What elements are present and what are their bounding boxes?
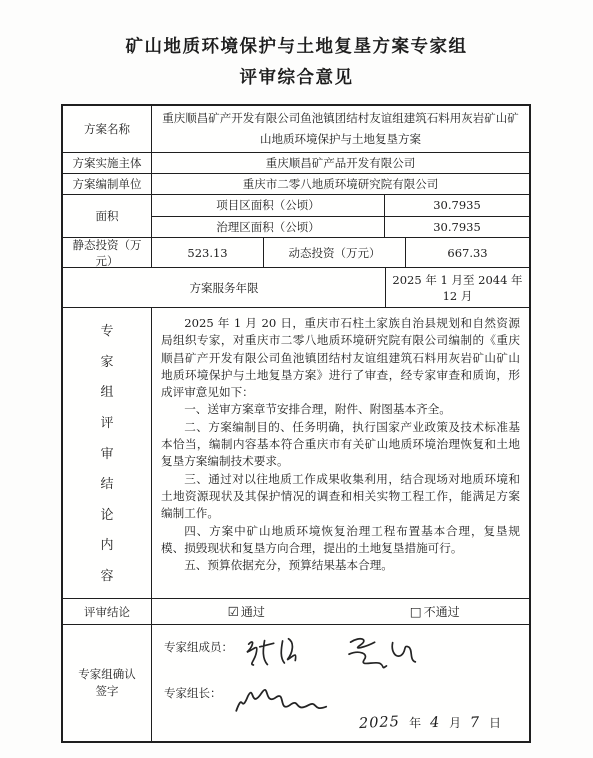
table-row-signoff: 专家组确认 签字 专家组成员： 专家组长： [63,624,529,741]
area-label: 面积 [63,195,151,237]
table-row-plan-name: 方案名称 重庆顺昌矿产开发有限公司鱼池镇团结村友谊组建筑石料用灰岩矿山矿山地质环… [63,106,529,152]
dynamic-investment-label: 动态投资（万元） [263,238,405,267]
side-char: 论 [100,504,113,523]
table-row-service-period: 方案服务年限 2025 年 1 月至 2044 年 12 月 [63,267,529,307]
scanned-review-document: 矿山地质环境保护与土地复垦方案专家组 评审综合意见 方案名称 重庆顺昌矿产开发有… [0,0,593,758]
date-year-unit: 年 [409,716,421,730]
date-year-handwritten: 2025 [359,714,401,732]
document-title-line2: 评审综合意见 [0,63,593,94]
compiler-label: 方案编制单位 [63,174,151,194]
side-char: 组 [100,381,113,400]
expert-member-signature-1 [238,632,325,675]
review-paragraph: 五、预算依据充分，预算结果基本合理。 [161,557,520,574]
table-row-implementer: 方案实施主体 重庆顺昌矿产品开发有限公司 [63,152,529,173]
side-char: 容 [100,565,113,584]
treatment-area-value: 30.7935 [384,217,529,238]
signoff-area: 专家组成员： 专家组长： 2025 年 [151,625,529,741]
signoff-label-line2: 签字 [96,683,119,700]
members-label: 专家组成员： [164,633,233,655]
static-investment-label: 静态投资（万元） [63,238,151,267]
table-row-area: 面积 项目区面积（公顷） 30.7935 治理区面积（公顷） 30.7935 [63,194,529,237]
fail-option-label: 不通过 [424,603,460,620]
date-day-unit: 日 [489,716,501,730]
document-title: 矿山地质环境保护与土地复垦方案专家组 评审综合意见 [0,32,593,94]
project-area-value: 30.7935 [384,195,529,216]
table-row-compiler: 方案编制单位 重庆市二零八地质环境研究院有限公司 [63,173,529,194]
side-char: 审 [100,443,113,462]
dynamic-investment-value: 667.33 [405,238,529,267]
subrow-project-area: 项目区面积（公顷） 30.7935 [152,195,529,216]
conclusion-pass-option: ☑ 通过 [152,599,341,624]
fail-checkbox-empty-icon: □ [410,604,422,619]
pass-option-label: 通过 [241,603,265,620]
service-period-value: 2025 年 1 月至 2044 年 12 月 [385,268,529,307]
table-row-review-content: 专 家 组 评 审 结 论 内 容 2025 年 1 月 20 日，重庆市石柱土… [63,307,529,598]
table-row-conclusion: 评审结论 ☑ 通过 □ 不通过 [63,598,529,624]
area-subtable: 项目区面积（公顷） 30.7935 治理区面积（公顷） 30.7935 [151,195,529,237]
implementer-value: 重庆顺昌矿产品开发有限公司 [151,153,529,173]
side-char: 评 [100,412,113,431]
implementer-label: 方案实施主体 [63,153,151,173]
subrow-treatment-area: 治理区面积（公顷） 30.7935 [152,216,529,238]
project-area-label: 项目区面积（公顷） [152,195,384,216]
date-month-handwritten: 4 [430,715,441,732]
signoff-label: 专家组确认 签字 [63,625,151,741]
review-paragraph: 二、方案编制目的、任务明确，执行国家产业政策及技术标准基本恰当，编制内容基本符合… [161,419,520,471]
compiler-value: 重庆市二零八地质环境研究院有限公司 [151,174,529,194]
pass-checkbox-checked-icon: ☑ [228,604,239,619]
leader-label: 专家组长： [164,679,222,701]
review-paragraph: 2025 年 1 月 20 日，重庆市石柱土家族自治县规划和自然资源局组织专家，… [161,315,520,401]
signoff-date: 2025 年 4 月 7 日 [356,714,503,731]
conclusion-options: ☑ 通过 □ 不通过 [151,599,529,624]
members-signature-line: 专家组成员： [164,633,519,673]
date-month-unit: 月 [449,716,461,730]
review-paragraph: 四、方案中矿山地质环境恢复治理工程布置基本合理，复垦规模、损毁现状和复垦方向合理… [161,523,520,558]
expert-member-signature-2 [336,631,429,674]
table-row-investment: 静态投资（万元） 523.13 动态投资（万元） 667.33 [63,237,529,267]
service-period-label: 方案服务年限 [63,268,385,307]
side-char: 内 [100,534,113,553]
conclusion-label: 评审结论 [63,599,151,624]
expert-leader-signature [227,677,349,727]
treatment-area-label: 治理区面积（公顷） [152,217,384,238]
side-char: 家 [100,351,113,370]
plan-name-label: 方案名称 [63,106,151,152]
side-char: 专 [100,320,113,339]
plan-name-value: 重庆顺昌矿产开发有限公司鱼池镇团结村友谊组建筑石料用灰岩矿山矿山地质环境保护与土… [151,106,529,152]
document-title-line1: 矿山地质环境保护与土地复垦方案专家组 [0,32,593,63]
conclusion-fail-option: □ 不通过 [341,599,530,624]
static-investment-value: 523.13 [151,238,263,267]
review-side-label: 专 家 组 评 审 结 论 内 容 [63,308,151,598]
review-paragraph: 三、通过对以往地质工作成果收集利用，结合现场对地质环境和土地资源现状及其保护情况… [161,471,520,523]
review-paragraph: 一、送审方案章节安排合理，附件、附图基本齐全。 [161,401,520,418]
date-day-handwritten: 7 [470,715,481,732]
signoff-label-line1: 专家组确认 [78,666,136,683]
review-form-table: 方案名称 重庆顺昌矿产开发有限公司鱼池镇团结村友谊组建筑石料用灰岩矿山矿山地质环… [61,104,531,743]
side-char: 结 [100,473,113,492]
review-opinion-text: 2025 年 1 月 20 日，重庆市石柱土家族自治县规划和自然资源局组织专家，… [151,308,529,598]
